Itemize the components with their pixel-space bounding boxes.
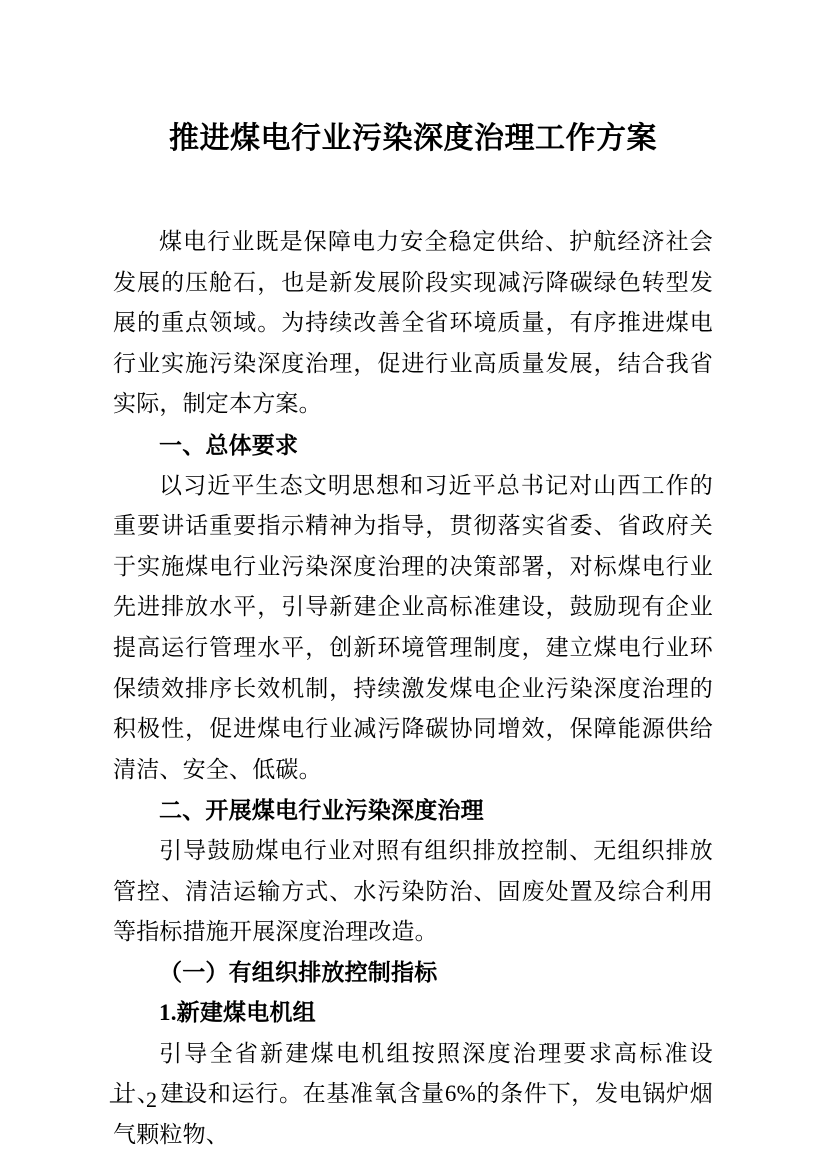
page-number: 2 <box>146 1086 157 1114</box>
body-paragraph: 引导全省新建煤电机组按照深度治理要求高标准设计、建设和运行。在基准氧含量6%的条… <box>113 1034 713 1156</box>
section-heading: 二、开展煤电行业污染深度治理 <box>113 790 713 831</box>
page-footer: — 2 — <box>110 1086 193 1114</box>
section-heading: （一）有组织排放控制指标 <box>113 953 713 994</box>
document-page: 推进煤电行业污染深度治理工作方案 煤电行业既是保障电力安全稳定供给、护航经济社会… <box>0 0 826 1169</box>
page-title: 推进煤电行业污染深度治理工作方案 <box>113 118 713 160</box>
footer-dash-right: — <box>171 1086 193 1114</box>
body-paragraph: 以习近平生态文明思想和习近平总书记对山西工作的重要讲话重要指示精神为指导，贯彻落… <box>113 466 713 791</box>
section-heading: 1.新建煤电机组 <box>113 993 713 1034</box>
document-body: 煤电行业既是保障电力安全稳定供给、护航经济社会发展的压舱石，也是新发展阶段实现减… <box>113 222 713 1156</box>
body-paragraph: 引导鼓励煤电行业对照有组织排放控制、无组织排放管控、清洁运输方式、水污染防治、固… <box>113 831 713 953</box>
document-content: 推进煤电行业污染深度治理工作方案 煤电行业既是保障电力安全稳定供给、护航经济社会… <box>113 118 713 1156</box>
section-heading: 一、总体要求 <box>113 425 713 466</box>
body-paragraph: 煤电行业既是保障电力安全稳定供给、护航经济社会发展的压舱石，也是新发展阶段实现减… <box>113 222 713 425</box>
footer-dash-left: — <box>110 1086 132 1114</box>
